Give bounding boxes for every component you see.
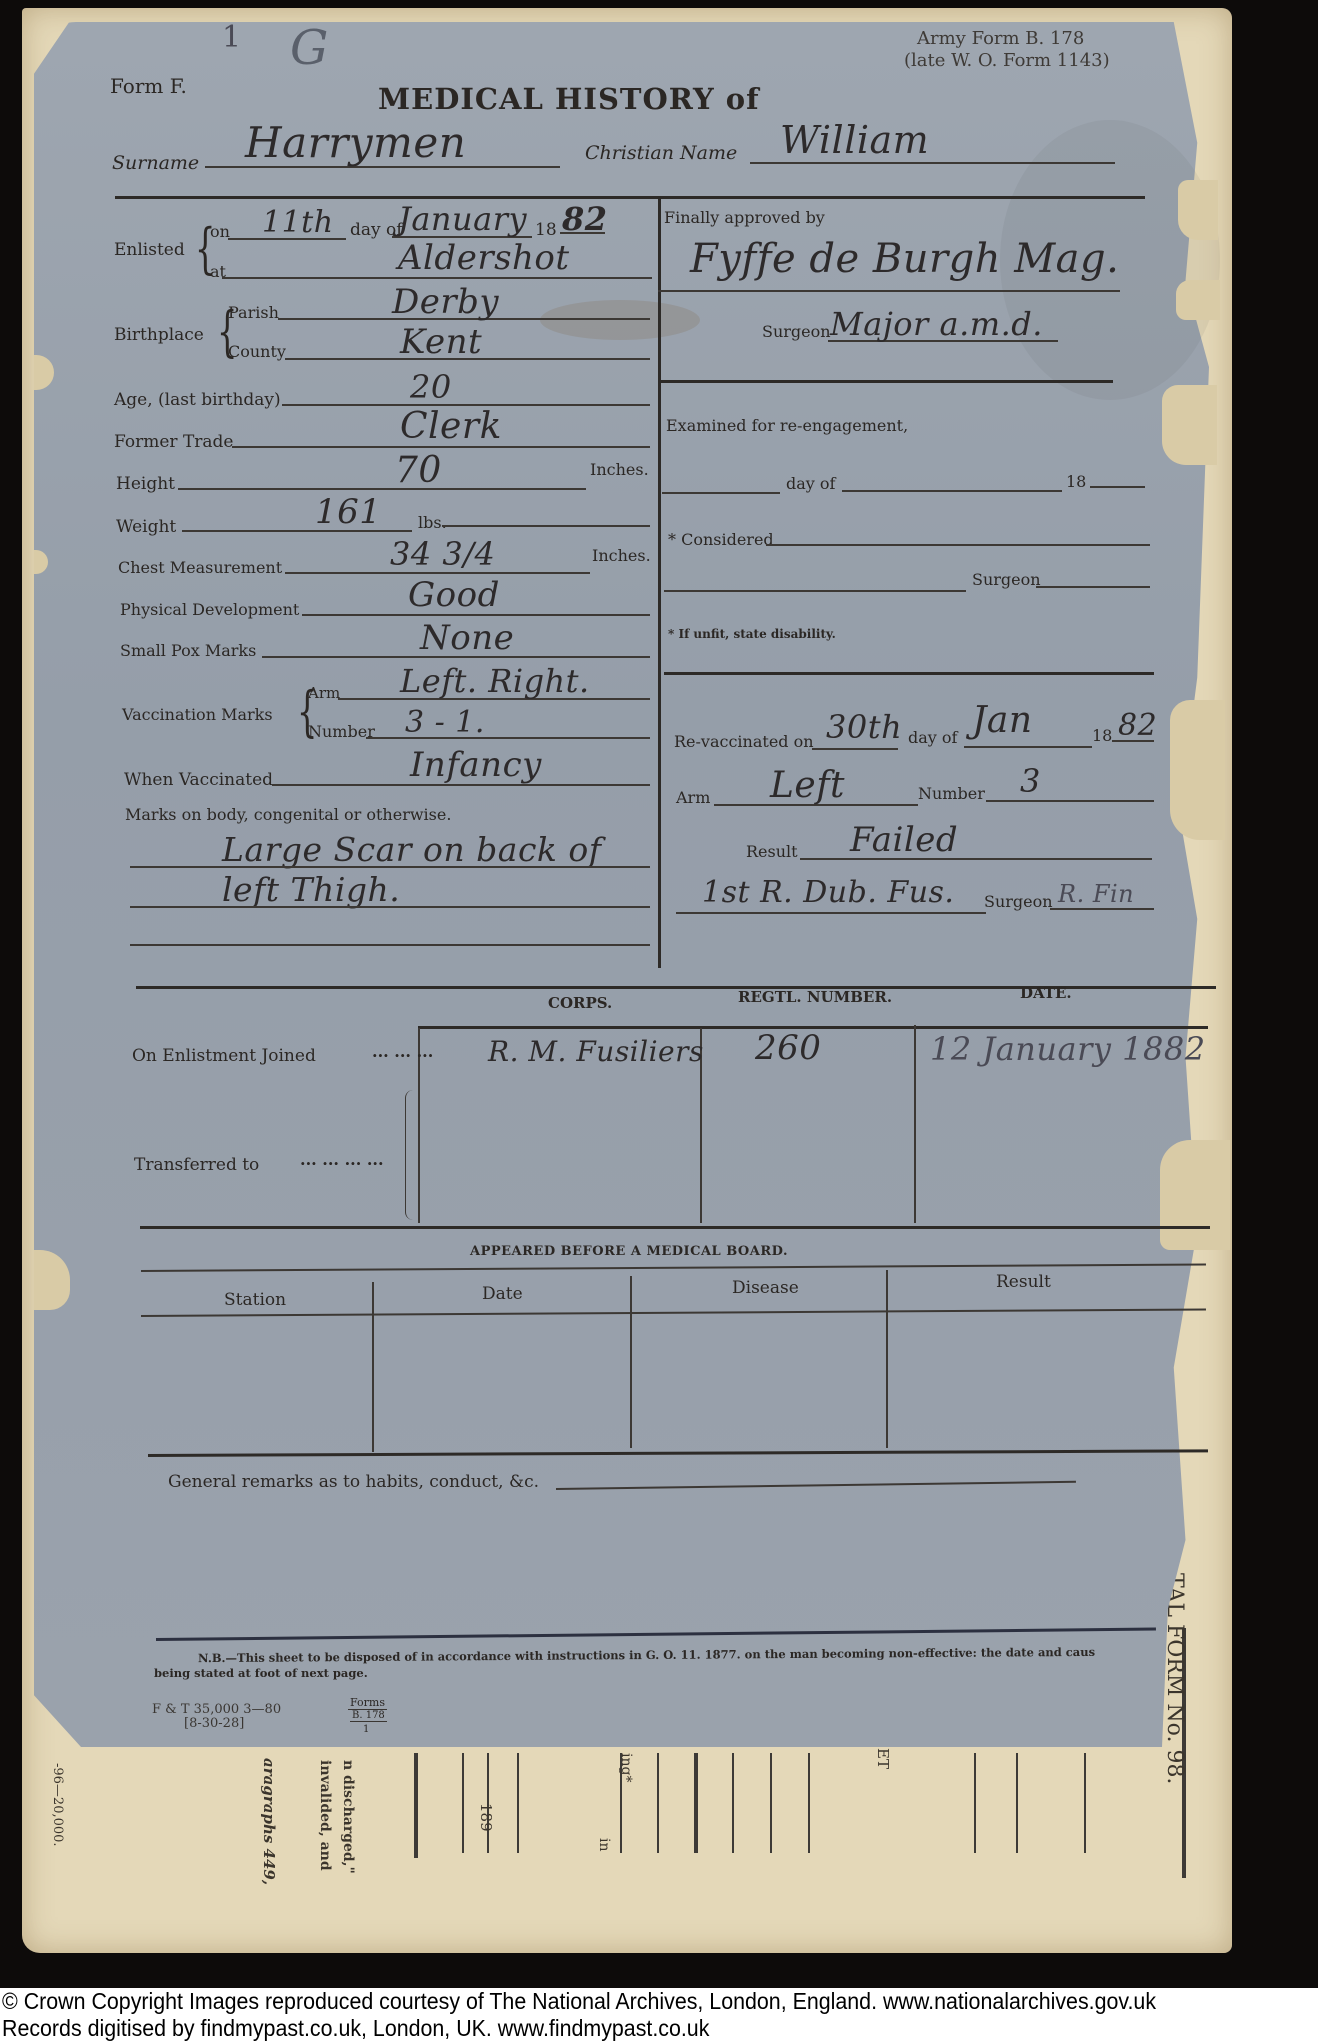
enlisted-year-prefix: 18 xyxy=(535,220,557,240)
enlistment-corps-value: R. M. Fusiliers xyxy=(488,1035,704,1068)
medical-board-header-station: Station xyxy=(224,1290,286,1310)
when-vaccinated-value: Infancy xyxy=(410,745,542,785)
vaccination-number-label: Number xyxy=(308,722,375,741)
column-divider xyxy=(658,198,661,968)
page-title: MEDICAL HISTORY of xyxy=(378,82,760,116)
height-unit: Inches. xyxy=(590,460,649,479)
surname-value: Harrymen xyxy=(245,118,466,167)
revaccinated-year-value: 82 xyxy=(1118,708,1157,743)
body-marks-line xyxy=(130,906,650,908)
chest-label: Chest Measurement xyxy=(118,558,282,577)
reengagement-surgeon-pre-line xyxy=(664,590,966,592)
under-rule xyxy=(657,1753,659,1853)
forms-reference-top: Forms xyxy=(348,1696,387,1710)
under-rule xyxy=(770,1753,772,1853)
revaccination-surgeon-label: Surgeon xyxy=(984,892,1053,911)
medical-board-col-rule xyxy=(372,1282,374,1452)
age-value: 20 xyxy=(410,368,452,406)
under-text: aragraphs 449, xyxy=(260,1758,278,1885)
christian-name-value: William xyxy=(780,118,929,162)
revaccination-surgeon-line xyxy=(1050,908,1154,910)
birthplace-label: Birthplace xyxy=(114,325,204,345)
county-value: Kent xyxy=(400,322,482,362)
under-rule xyxy=(974,1753,976,1853)
revaccinated-month-line xyxy=(964,746,1092,748)
under-text: invalided, and xyxy=(317,1760,333,1871)
paper-tear xyxy=(1170,700,1225,840)
revaccinated-day-value: 30th xyxy=(826,708,902,746)
revaccinated-year-prefix: 18 xyxy=(1092,726,1112,745)
late-form-number: (late W. O. Form 1143) xyxy=(904,50,1110,71)
enlisted-year-value: 82 xyxy=(562,200,608,238)
attribution-line-1: © Crown Copyright Images reproduced cour… xyxy=(2,1988,1226,2015)
former-trade-value: Clerk xyxy=(400,406,502,447)
under-rule xyxy=(1084,1753,1086,1853)
weight-value: 161 xyxy=(315,492,381,532)
revaccination-arm-value: Left xyxy=(770,765,845,806)
county-label: County xyxy=(228,342,286,361)
disability-footnote: * If unfit, state disability. xyxy=(668,627,836,641)
finally-approved-label: Finally approved by xyxy=(664,208,825,227)
form-letter: Form F. xyxy=(110,74,187,98)
vaccination-number-value: 3 - 1. xyxy=(405,705,485,740)
under-rule xyxy=(414,1753,418,1858)
body-marks-value-line2: left Thigh. xyxy=(222,870,400,909)
former-trade-label: Former Trade xyxy=(114,432,233,452)
reengagement-label: Examined for re-engagement, xyxy=(666,416,908,435)
vaccination-marks-label: Vaccination Marks xyxy=(122,705,273,724)
under-rule xyxy=(694,1753,698,1853)
paper-stain xyxy=(540,300,700,340)
body-marks-label: Marks on body, congenital or otherwise. xyxy=(125,805,451,824)
transfer-bracket xyxy=(405,1090,417,1220)
regtl-number-header: REGTL. NUMBER. xyxy=(738,988,892,1006)
enlisted-label: Enlisted xyxy=(114,240,185,260)
forms-reference-mid: B. 178 xyxy=(350,1710,387,1722)
physical-development-value: Good xyxy=(408,575,500,615)
paper-tear xyxy=(1162,385,1217,465)
copyright-attribution: © Crown Copyright Images reproduced cour… xyxy=(0,1988,1318,2044)
under-rule xyxy=(732,1753,734,1853)
vaccination-arm-value: Left. Right. xyxy=(400,662,590,700)
approval-divider xyxy=(658,380,1113,383)
when-vaccinated-label: When Vaccinated xyxy=(124,770,273,790)
chest-unit: Inches. xyxy=(592,546,651,565)
reengagement-day-line xyxy=(662,492,780,494)
surgeon-label: Surgeon xyxy=(762,322,831,341)
weight-extra-line xyxy=(442,525,650,527)
enlistment-joined-label: On Enlistment Joined xyxy=(132,1046,316,1066)
reengagement-surgeon-label: Surgeon xyxy=(972,570,1041,589)
paper-tear xyxy=(1160,1140,1230,1250)
revaccination-number-line xyxy=(986,800,1154,802)
reengagement-month-line xyxy=(842,490,1062,492)
age-label: Age, (last birthday) xyxy=(114,390,281,410)
considered-label: * Considered xyxy=(668,530,774,549)
header-divider xyxy=(115,196,1145,199)
under-text: ET xyxy=(874,1748,892,1769)
under-rule xyxy=(808,1753,810,1853)
service-col-rule xyxy=(914,1025,916,1223)
under-text: n discharged," xyxy=(340,1760,356,1874)
enlistment-regtl-number-value: 260 xyxy=(755,1028,821,1068)
revaccination-result-label: Result xyxy=(746,842,798,861)
pencil-mark: G xyxy=(290,20,329,76)
medical-board-header-date: Date xyxy=(482,1284,523,1304)
body-marks-value-line1: Large Scar on back of xyxy=(222,830,602,869)
army-form-number: Army Form B. 178 xyxy=(917,28,1084,49)
corps-header: CORPS. xyxy=(548,994,612,1012)
weight-unit: lbs. xyxy=(418,513,447,532)
revaccinated-label: Re-vaccinated on xyxy=(674,732,814,751)
revaccination-station-line xyxy=(676,912,986,914)
height-line xyxy=(178,488,586,490)
pencil-mark: 1 xyxy=(222,20,242,55)
under-text: -96—20,000. xyxy=(50,1763,65,1847)
printer-code: [8-30-28] xyxy=(184,1716,244,1731)
reengagement-year-prefix: 18 xyxy=(1066,472,1086,491)
enlisted-on-label: on xyxy=(210,222,230,241)
vaccination-arm-label: Arm xyxy=(308,684,340,702)
revaccinated-day-line xyxy=(812,748,898,750)
under-text: ing* xyxy=(618,1753,634,1782)
forms-reference-bottom: 1 xyxy=(363,1724,369,1735)
small-pox-value: None xyxy=(420,618,514,658)
weight-label: Weight xyxy=(116,517,176,537)
height-label: Height xyxy=(116,474,175,494)
small-pox-label: Small Pox Marks xyxy=(120,641,256,660)
parish-value: Derby xyxy=(392,282,499,322)
revaccination-station-signature: 1st R. Dub. Fus. xyxy=(702,875,954,910)
revaccination-result-value: Failed xyxy=(850,820,958,860)
revaccination-surgeon-signature: R. Fin xyxy=(1058,880,1134,908)
body-marks-line xyxy=(130,866,650,868)
medical-board-col-rule xyxy=(886,1270,888,1448)
enlisted-place-value: Aldershot xyxy=(398,238,570,278)
revaccination-number-value: 3 xyxy=(1020,762,1041,800)
height-value: 70 xyxy=(395,450,442,491)
revaccination-number-label: Number xyxy=(918,784,985,803)
chest-value: 34 3/4 xyxy=(390,535,495,573)
body-marks-line xyxy=(130,944,650,946)
medical-board-header-disease: Disease xyxy=(732,1278,799,1298)
reengagement-divider xyxy=(664,672,1154,675)
date-header: DATE. xyxy=(1020,984,1072,1002)
physical-development-label: Physical Development xyxy=(120,600,299,619)
attribution-line-2: Records digitised by findmypast.co.uk, L… xyxy=(2,2015,1226,2042)
enlisted-month-value: January xyxy=(398,200,527,238)
revaccinated-day-of-label: day of xyxy=(908,728,957,747)
reengagement-year-line xyxy=(1090,486,1145,488)
under-rule xyxy=(517,1753,519,1853)
enlisted-day-value: 11th xyxy=(262,205,334,240)
under-text: 189 xyxy=(477,1803,495,1832)
reengagement-day-of-label: day of xyxy=(786,474,835,493)
transferred-to-label: Transferred to xyxy=(134,1155,259,1175)
under-rule xyxy=(462,1753,464,1853)
under-text: in xyxy=(596,1838,612,1852)
under-rule xyxy=(1016,1753,1018,1853)
reengagement-surgeon-line xyxy=(1036,586,1150,588)
paper-tear xyxy=(1178,180,1218,240)
medical-board-col-rule xyxy=(630,1276,632,1448)
service-bottom-rule xyxy=(140,1226,1210,1229)
leader-dots: ... ... ... xyxy=(372,1042,433,1061)
christian-name-line xyxy=(750,162,1115,164)
printer-imprint: F & T 35,000 3—80 xyxy=(152,1702,281,1717)
surname-label: Surname xyxy=(112,152,199,174)
leader-dots: ... ... ... ... xyxy=(300,1150,384,1169)
revaccination-arm-label: Arm xyxy=(676,788,710,807)
general-remarks-label: General remarks as to habits, conduct, &… xyxy=(168,1472,539,1492)
approver-signature: Fyffe de Burgh Mag. xyxy=(690,236,1119,282)
considered-line xyxy=(766,544,1150,546)
medical-board-title: APPEARED BEFORE A MEDICAL BOARD. xyxy=(470,1244,788,1259)
medical-board-header-result: Result xyxy=(996,1272,1051,1292)
parish-label: Parish xyxy=(228,303,279,322)
paper-tear xyxy=(1176,280,1220,320)
enlistment-date-value: 12 January 1882 xyxy=(930,1030,1206,1068)
surgeon-signature: Major a.m.d. xyxy=(830,305,1043,343)
christian-name-label: Christian Name xyxy=(585,142,737,164)
approval-line xyxy=(658,290,1120,292)
revaccinated-month-value: Jan xyxy=(972,700,1033,741)
nb-instruction-line2: being stated at foot of next page. xyxy=(154,1666,368,1680)
